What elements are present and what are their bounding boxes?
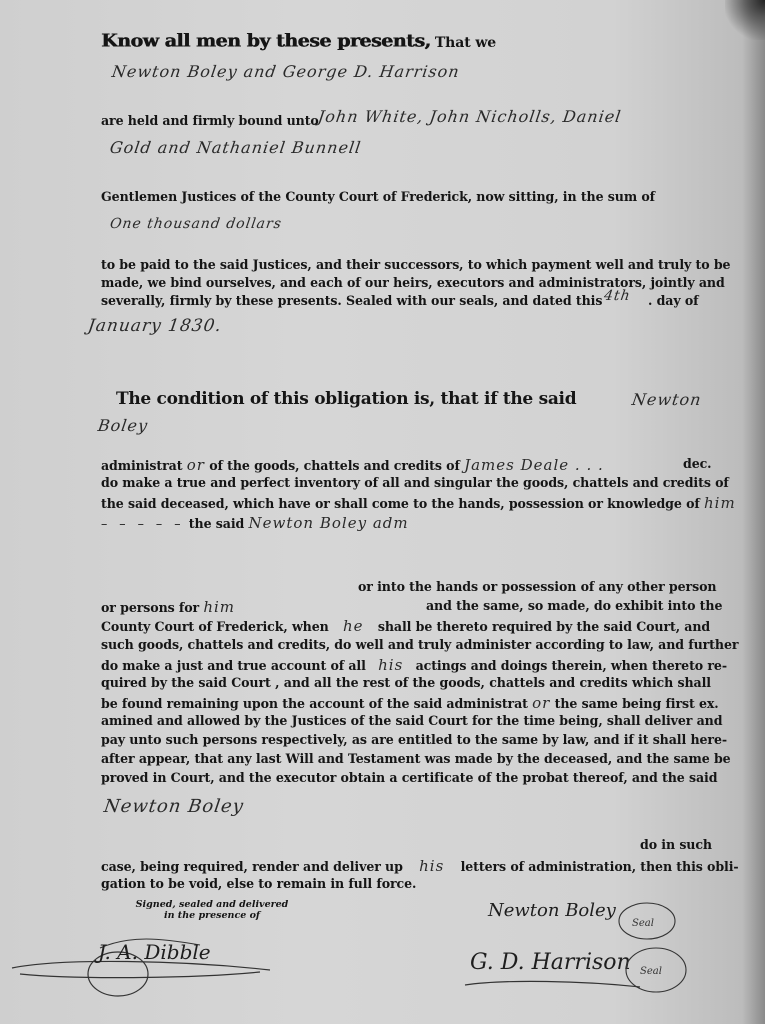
final-name-handwritten: Newton Boley xyxy=(103,796,246,817)
admin-suffix-handwritten: or xyxy=(187,456,205,474)
admin-line: administrat or of the goods, chattels an… xyxy=(101,456,604,474)
heading-blackletter: Know all men by these presents, xyxy=(101,31,431,52)
the-said-label: the said xyxy=(189,516,244,531)
admin-mid: of the goods, chattels and credits of xyxy=(209,458,460,473)
case-suffix: letters of administration, then this obl… xyxy=(461,859,739,874)
he-handwritten: he xyxy=(343,617,364,635)
deceased-handwritten: James Deale . . . xyxy=(464,456,604,474)
him-handwritten-1: him xyxy=(704,494,736,512)
day-of-label: . day of xyxy=(648,293,698,308)
signature-g-d-harrison: G. D. Harrison xyxy=(470,950,631,975)
exhibit-line: and the same, so made, do exhibit into t… xyxy=(426,598,722,613)
will-line: after appear, that any last Will and Tes… xyxy=(101,751,711,766)
principals-handwritten: Newton Boley and George D. Harrison xyxy=(111,62,461,81)
administer-line: such goods, chattels and credits, do wel… xyxy=(101,637,711,652)
his-handwritten-2: his xyxy=(419,857,444,875)
heading-that-we: That we xyxy=(435,35,496,51)
body-line-1: to be paid to the said Justices, and the… xyxy=(101,257,711,272)
deceased-line: the said deceased, which have or shall c… xyxy=(101,494,736,512)
condition-heading: The condition of this obligation is, tha… xyxy=(116,389,576,409)
witness-signature: J. A. Dibble xyxy=(98,940,211,964)
his-handwritten-1: his xyxy=(378,656,403,674)
admin-prefix: administrat xyxy=(101,458,182,473)
dashes: – – – – – xyxy=(101,516,185,531)
required-line: quired by the said Court , and all the r… xyxy=(101,675,711,690)
body-line-3: severally, firmly by these presents. Sea… xyxy=(101,293,602,308)
persons-for-line: or persons for him xyxy=(101,598,235,616)
remaining-suffix: the same being first ex. xyxy=(555,696,719,711)
document-page: Know all men by these presents, That we … xyxy=(0,0,765,1024)
scan-corner-shadow xyxy=(725,0,765,40)
remaining-prefix: be found remaining upon the account of t… xyxy=(101,696,528,711)
seal-1-label: Seal xyxy=(632,918,654,929)
proved-line: proved in Court, and the executor obtain… xyxy=(101,770,711,785)
witness-caption: Signed, sealed and delivered in the pres… xyxy=(132,899,292,921)
pay-line: pay unto such persons respectively, as a… xyxy=(101,732,711,747)
justices-handwritten-1: John White, John Nicholls, Daniel xyxy=(317,107,623,126)
do-in-such: do in such xyxy=(640,837,712,852)
remaining-handwritten: or xyxy=(532,694,550,712)
date-handwritten: January 1830. xyxy=(87,316,224,336)
court-line: Gentlemen Justices of the County Court o… xyxy=(101,189,655,204)
deceased-line-text: the said deceased, which have or shall c… xyxy=(101,496,700,511)
remaining-line: be found remaining upon the account of t… xyxy=(101,694,719,712)
witness-caption-line-1: Signed, sealed and delivered xyxy=(132,899,292,910)
county-court-suffix: shall be thereto required by the said Co… xyxy=(378,619,710,634)
him-handwritten-2: him xyxy=(203,598,235,616)
bound-unto-line: are held and firmly bound unto xyxy=(101,113,319,128)
heading-line: Know all men by these presents, That we xyxy=(101,30,496,52)
case-prefix: case, being required, render and deliver… xyxy=(101,859,403,874)
the-said-line: – – – – – the said Newton Boley adm xyxy=(101,514,409,532)
account-prefix: do make a just and true account of all xyxy=(101,658,366,673)
day-handwritten: 4th xyxy=(603,288,632,304)
harrison-underline xyxy=(465,975,645,995)
inventory-line: do make a true and perfect inventory of … xyxy=(101,475,711,490)
county-court-prefix: County Court of Frederick, when xyxy=(101,619,329,634)
justices-handwritten-2: Gold and Nathaniel Bunnell xyxy=(109,138,363,157)
sum-handwritten: One thousand dollars xyxy=(109,216,283,232)
possession-line: or into the hands or possession of any o… xyxy=(358,579,716,594)
persons-for-label: or persons for xyxy=(101,600,199,615)
the-said-handwritten: Newton Boley adm xyxy=(249,514,409,532)
account-suffix: actings and doings therein, when thereto… xyxy=(416,658,727,673)
dec-label: dec. xyxy=(683,456,711,471)
administrator-handwritten-b: Boley xyxy=(97,416,150,435)
examined-line: amined and allowed by the Justices of th… xyxy=(101,713,711,728)
seal-1: Seal xyxy=(612,896,682,946)
final-line: gation to be void, else to remain in ful… xyxy=(101,876,416,891)
body-line-3-text: severally, firmly by these presents. Sea… xyxy=(101,293,602,308)
county-court-line: County Court of Frederick, when he shall… xyxy=(101,617,710,635)
case-line: case, being required, render and deliver… xyxy=(101,857,739,875)
administrator-handwritten-a: Newton xyxy=(631,390,703,409)
witness-caption-line-2: in the presence of xyxy=(132,910,292,921)
signature-newton-boley: Newton Boley xyxy=(488,900,616,921)
account-line: do make a just and true account of all h… xyxy=(101,656,727,674)
bound-unto-label: are held and firmly bound unto xyxy=(101,113,319,128)
